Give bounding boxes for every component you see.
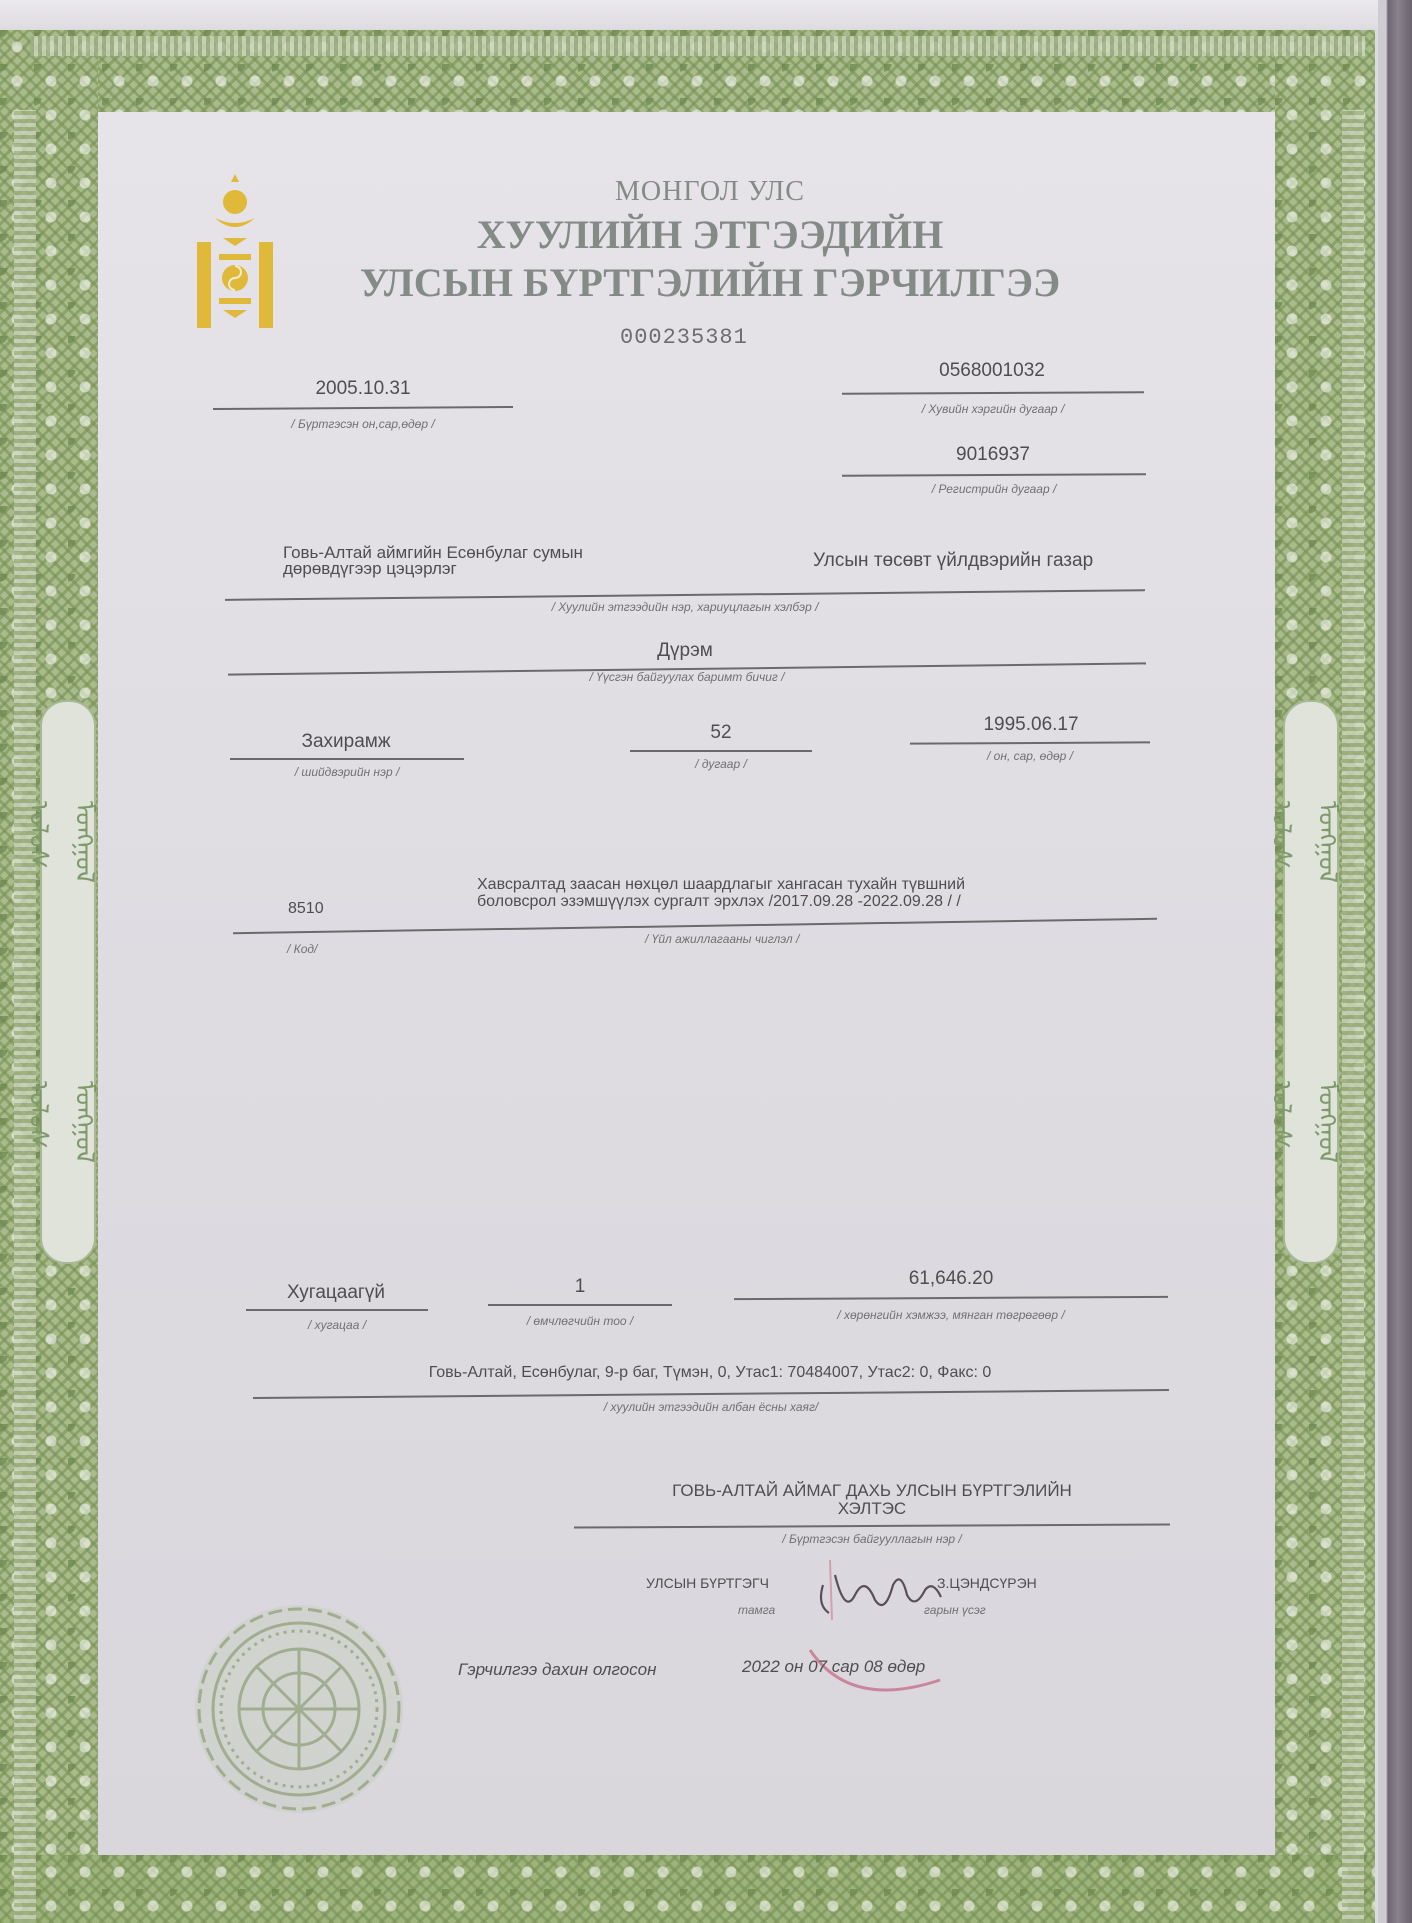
title-line-1: ХУУЛИЙН ЭТГЭЭДИЙН — [300, 211, 1120, 259]
capital-caption: / хөрөнгийн хэмжээ, мянган төгрөгөөр / — [734, 1308, 1168, 1322]
activity-line-2: боловсрол эзэмшүүлэх сургалт эрхлэх /201… — [477, 893, 965, 910]
registration-date-value: 2005.10.31 — [213, 378, 513, 400]
register-number-caption: / Регистрийн дугаар / — [842, 482, 1146, 496]
mongol-script-text: ᠮᠣᠩᠭᠣᠯ ᠤᠯᠤᠰ — [1265, 1081, 1357, 1163]
activity-value: Хавсралтад заасан нөхцөл шаардлагыг ханг… — [477, 876, 965, 910]
decision-number-value: 52 — [630, 722, 812, 744]
greek-key-strip-right — [1342, 110, 1364, 1923]
ornamental-border-bottom — [0, 1855, 1375, 1923]
registering-org-value: ГОВЬ-АЛТАЙ АЙМАГ ДАХЬ УЛСЫН БҮРТГЭЛИЙН Х… — [574, 1482, 1170, 1518]
reissue-date: 2022 он 07 сар 08 өдөр — [742, 1657, 925, 1677]
registration-date-caption: / Бүртгэсэн он,сар,өдөр / — [213, 417, 513, 431]
divider — [630, 750, 812, 752]
decision-date-value: 1995.06.17 — [912, 714, 1150, 736]
mongol-script-text: ᠮᠣᠩᠭᠣᠯ ᠤᠯᠤᠰ — [22, 801, 114, 883]
duration-value: Хугацаагүй — [246, 1282, 426, 1304]
decision-name-value: Захирамж — [230, 731, 462, 753]
entity-name-value: Говь-Алтай аймгийн Есөнбулаг сумын дөрөв… — [283, 545, 583, 577]
reissue-label: Гэрчилгээ дахин олгосон — [458, 1660, 656, 1680]
capital-value: 61,646.20 — [735, 1268, 1167, 1290]
greek-key-strip-top — [30, 36, 1365, 56]
serial-number: 000235381 — [620, 325, 720, 350]
decision-name-caption: / шийдвэрийн нэр / — [230, 765, 464, 779]
founding-document-caption: / Үүсгэн байгуулах баримт бичиг / — [228, 670, 1146, 684]
title-line-2: УЛСЫН БҮРТГЭЛИЙН ГЭРЧИЛГЭЭ — [300, 259, 1120, 307]
divider — [488, 1304, 672, 1306]
stamp-caption: тамга — [738, 1603, 775, 1617]
activity-caption: / Үйл ажиллагааны чиглэл / — [645, 932, 799, 946]
mongol-script-text: ᠮᠣᠩᠭᠣᠯ ᠤᠯᠤᠰ — [1265, 801, 1357, 883]
mongol-script-panel-right: ᠮᠣᠩᠭᠣᠯ ᠤᠯᠤᠰ ᠮᠣᠩᠭᠣᠯ ᠤᠯᠤᠰ — [1283, 700, 1339, 1264]
entity-name-caption: / Хуулийн этгээдийн нэр, хариуцлагын хэл… — [225, 600, 1145, 614]
mongolia-state-emblem-icon — [193, 172, 277, 332]
greek-key-strip-left — [14, 110, 36, 1923]
file-number-caption: / Хувийн хэргийн дугаар / — [842, 402, 1144, 416]
address-value: Говь-Алтай, Есөнбулаг, 9-р баг, Түмэн, 0… — [253, 1364, 1167, 1382]
activity-code-caption: / Код/ — [287, 942, 317, 956]
founders-count-caption: / өмчлөгчийн тоо / — [488, 1314, 672, 1328]
background-top — [0, 0, 1412, 30]
decision-date-caption: / он, сар, өдөр / — [910, 749, 1150, 763]
divider — [246, 1309, 428, 1311]
decision-number-caption: / дугаар / — [630, 757, 812, 771]
duration-caption: / хугацаа / — [246, 1318, 428, 1332]
entity-legal-form-value: Улсын төсөвт үйлдвэрийн газар — [813, 550, 1093, 572]
entity-name-line-2: дөрөвдүгээр цэцэрлэг — [283, 561, 583, 577]
registering-org-caption: / Бүртгэсэн байгууллагын нэр / — [574, 1532, 1170, 1546]
mongol-script-text: ᠮᠣᠩᠭᠣᠯ ᠤᠯᠤᠰ — [22, 1081, 114, 1163]
file-number-value: 0568001032 — [842, 360, 1142, 382]
register-number-value: 9016937 — [842, 444, 1144, 466]
registering-org-line-2: ХЭЛТЭС — [574, 1500, 1170, 1518]
background-table-edge — [1378, 0, 1412, 1923]
founders-count-value: 1 — [488, 1276, 672, 1298]
mongol-script-panel-left: ᠮᠣᠩᠭᠣᠯ ᠤᠯᠤᠰ ᠮᠣᠩᠭᠣᠯ ᠤᠯᠤᠰ — [40, 700, 96, 1264]
address-caption: / хуулийн этгээдийн албан ёсны хаяг/ — [253, 1400, 1169, 1414]
registering-org-line-1: ГОВЬ-АЛТАЙ АЙМАГ ДАХЬ УЛСЫН БҮРТГЭЛИЙН — [574, 1482, 1170, 1500]
ornamental-rosette-seal-icon — [185, 1595, 413, 1823]
certificate-title: МОНГОЛ УЛС ХУУЛИЙН ЭТГЭЭДИЙН УЛСЫН БҮРТГ… — [300, 175, 1120, 307]
official-red-stamp-icon — [790, 1560, 980, 1700]
registrar-label: УЛСЫН БҮРТГЭГЧ — [646, 1575, 769, 1591]
activity-code-value: 8510 — [288, 900, 324, 918]
country-name: МОНГОЛ УЛС — [300, 175, 1120, 209]
activity-line-1: Хавсралтад заасан нөхцөл шаардлагыг ханг… — [477, 876, 965, 893]
divider — [230, 758, 464, 760]
founding-document-value: Дүрэм — [225, 640, 1145, 662]
